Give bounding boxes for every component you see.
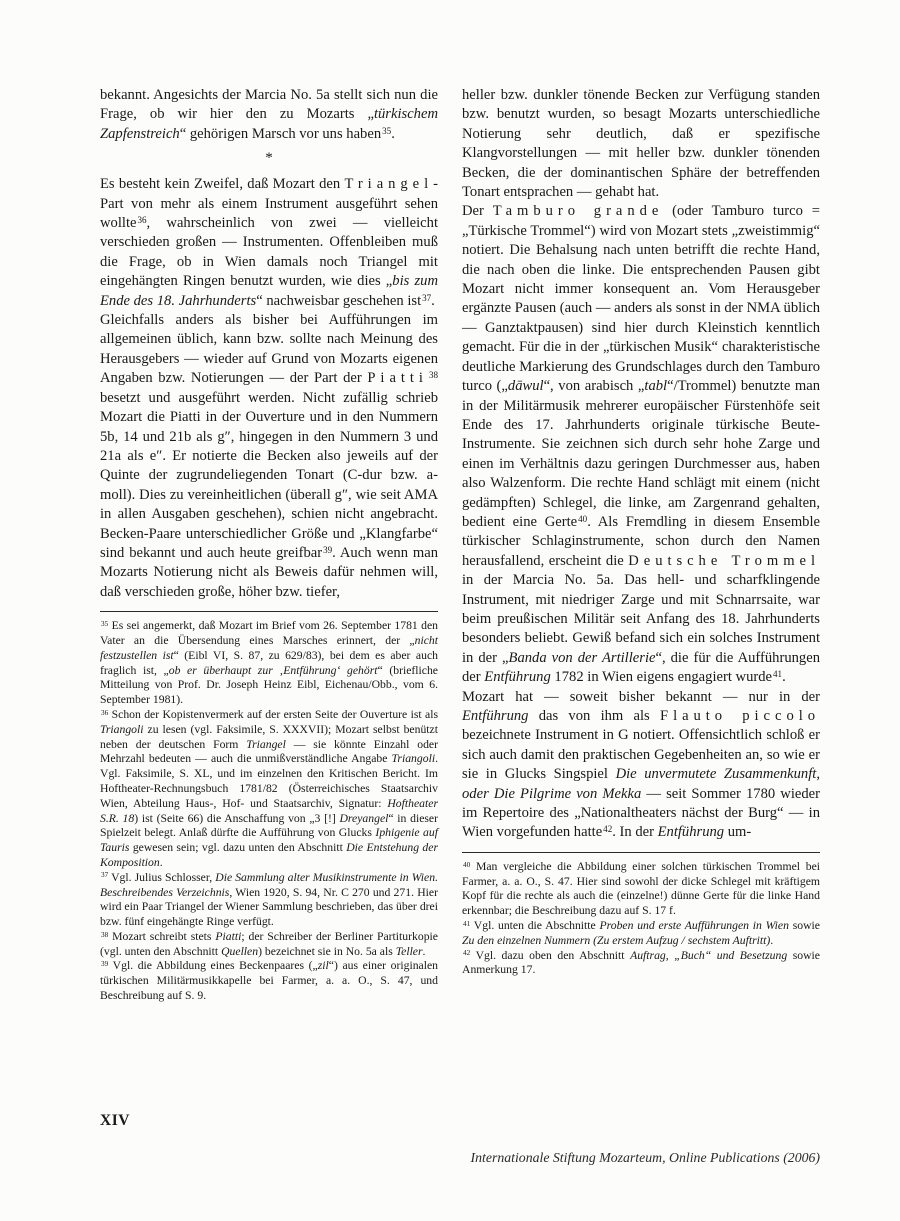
- footnote-42: 42 Vgl. dazu oben den Abschnitt Auftrag,…: [462, 949, 820, 979]
- right-column-footnotes: 40 Man vergleiche die Abbildung einer so…: [462, 860, 820, 978]
- paragraph: heller bzw. dunkler tönende Becken zur V…: [462, 86, 820, 202]
- paragraph: Es besteht kein Zweifel, daß Mozart den …: [100, 175, 438, 311]
- footer-credit: Internationale Stiftung Mozarteum, Onlin…: [471, 1150, 820, 1166]
- footnote-number: 42: [463, 949, 470, 957]
- left-column: bekannt. Angesichts der Marcia No. 5a st…: [100, 86, 438, 1004]
- document-page: bekannt. Angesichts der Marcia No. 5a st…: [0, 0, 900, 1221]
- paragraph: Der Tamburo grande (oder Tamburo turco =…: [462, 202, 820, 687]
- footnote-number: 41: [463, 920, 470, 928]
- footnote-number: 35: [101, 620, 108, 628]
- footnote-36: 36 Schon der Kopistenvermerk auf der ers…: [100, 708, 438, 871]
- footnote-37: 37 Vgl. Julius Schlosser, Die Sammlung a…: [100, 871, 438, 930]
- footnote-number: 36: [101, 709, 108, 717]
- footnote-39: 39 Vgl. die Abbildung eines Beckenpaares…: [100, 959, 438, 1003]
- paragraph: bekannt. Angesichts der Marcia No. 5a st…: [100, 86, 438, 144]
- paragraph: Mozart hat — soweit bisher bekannt — nur…: [462, 688, 820, 843]
- right-column: heller bzw. dunkler tönende Becken zur V…: [462, 86, 820, 978]
- page-number: XIV: [100, 1112, 130, 1130]
- footnote-35: 35 Es sei angemerkt, daß Mozart im Brief…: [100, 619, 438, 708]
- footnote-number: 38: [101, 931, 108, 939]
- left-column-footnotes: 35 Es sei angemerkt, daß Mozart im Brief…: [100, 619, 438, 1004]
- left-footnote-separator: [100, 611, 438, 612]
- footnote-number: 37: [101, 871, 108, 879]
- footnote-41: 41 Vgl. unten die Abschnitte Proben und …: [462, 919, 820, 949]
- right-column-body: heller bzw. dunkler tönende Becken zur V…: [462, 86, 820, 843]
- left-column-body: bekannt. Angesichts der Marcia No. 5a st…: [100, 86, 438, 602]
- footnote-number: 40: [463, 861, 470, 869]
- footnote-38: 38 Mozart schreibt stets Piatti; der Sch…: [100, 930, 438, 960]
- right-footnote-separator: [462, 852, 820, 853]
- footnote-number: 39: [101, 960, 108, 968]
- asterisk-separator: *: [100, 149, 438, 168]
- footnote-40: 40 Man vergleiche die Abbildung einer so…: [462, 860, 820, 919]
- paragraph: Gleichfalls anders als bisher bei Auffüh…: [100, 311, 438, 602]
